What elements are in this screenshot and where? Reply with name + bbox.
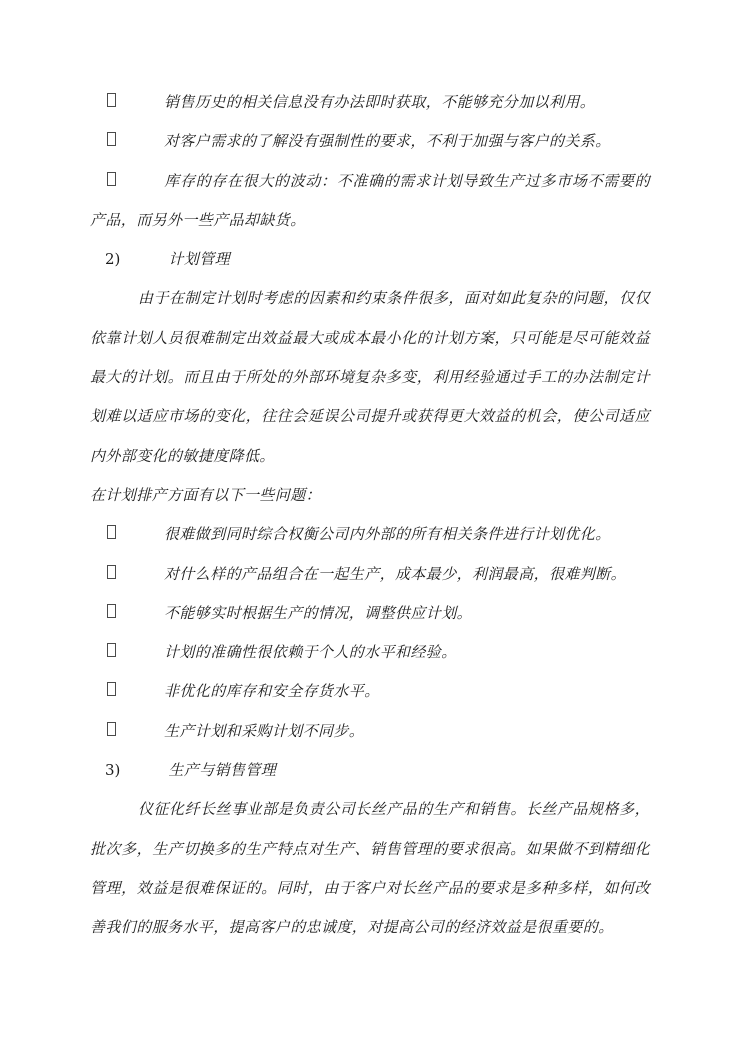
paragraph-plan: 由于在制定计划时考虑的因素和约束条件很多，面对如此复杂的问题，仅仅依靠计划人员很… [90,279,650,475]
bullet-placeholder-icon [107,722,116,736]
bullet-item: 对什么样的产品组合在一起生产，成本最少，利润最高，很难判断。 [90,555,650,594]
document-page: 销售历史的相关信息没有办法即时获取，不能够充分加以利用。 对客户需求的了解没有强… [0,0,744,1052]
section-number: 3) [105,761,120,779]
bullet-text: 销售历史的相关信息没有办法即时获取，不能够充分加以利用。 [164,93,595,111]
bullet-text: 库存的存在很大的波动：不准确的需求计划导致生产过多市场不需要的产品，而另外一些产… [90,172,650,229]
bullet-placeholder-icon [107,565,116,579]
bullet-text: 对什么样的产品组合在一起生产，成本最少，利润最高，很难判断。 [164,565,626,583]
bullet-placeholder-icon [107,132,116,146]
bullet-item: 销售历史的相关信息没有办法即时获取，不能够充分加以利用。 [90,83,650,122]
section-heading-plan: 2)计划管理 [90,240,650,279]
bullet-placeholder-icon [107,604,116,618]
bullet-item: 很难做到同时综合权衡公司内外部的所有相关条件进行计划优化。 [90,515,650,554]
bullet-text: 不能够实时根据生产的情况，调整供应计划。 [164,604,472,622]
bullet-placeholder-icon [107,93,116,107]
bullet-text: 很难做到同时综合权衡公司内外部的所有相关条件进行计划优化。 [164,525,611,543]
bullet-item: 计划的准确性很依赖于个人的水平和经验。 [90,633,650,672]
bullet-item: 生产计划和采购计划不同步。 [90,712,650,751]
bullet-placeholder-icon [107,525,116,539]
section-title: 生产与销售管理 [168,761,276,779]
paragraph-production: 仪征化纤长丝事业部是负责公司长丝产品的生产和销售。长丝产品规格多，批次多，生产切… [90,790,650,947]
bullet-placeholder-icon [107,682,116,696]
section-heading-production: 3)生产与销售管理 [90,751,650,790]
bullet-text: 非优化的库存和安全存货水平。 [164,682,380,700]
bullet-text: 对客户需求的了解没有强制性的要求，不利于加强与客户的关系。 [164,132,611,150]
bullet-item: 不能够实时根据生产的情况，调整供应计划。 [90,594,650,633]
section-number: 2) [105,250,120,268]
bullet-placeholder-icon [107,172,116,186]
bullet-item: 对客户需求的了解没有强制性的要求，不利于加强与客户的关系。 [90,122,650,161]
bullet-text: 计划的准确性很依赖于个人的水平和经验。 [164,643,457,661]
section-title: 计划管理 [168,250,230,268]
bullet-placeholder-icon [107,643,116,657]
lead-in-line: 在计划排产方面有以下一些问题： [90,476,650,515]
bullet-item: 非优化的库存和安全存货水平。 [90,672,650,711]
bullet-text: 生产计划和采购计划不同步。 [164,722,364,740]
bullet-item: 库存的存在很大的波动：不准确的需求计划导致生产过多市场不需要的产品，而另外一些产… [90,162,650,241]
